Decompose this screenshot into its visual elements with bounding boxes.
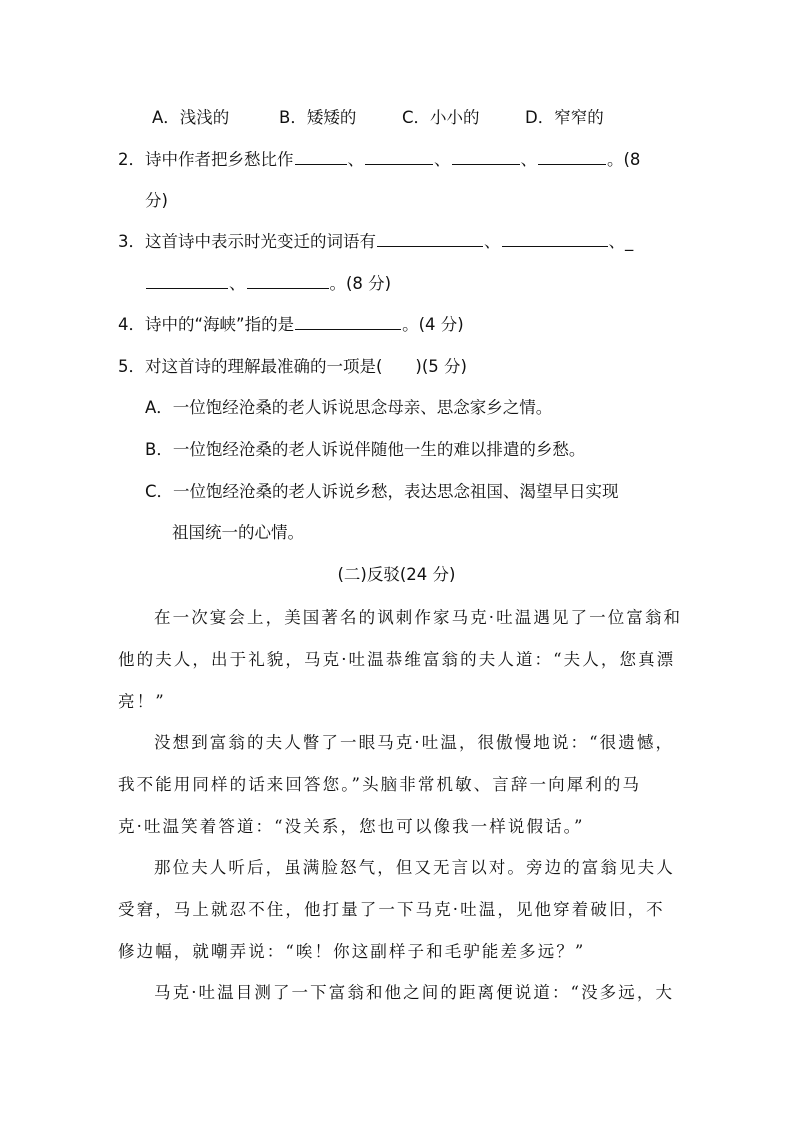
q5-option-c-continuation: 祖国统一的心情。 [172, 521, 304, 545]
passage-line: 我不能用同样的话来回答您。”头脑非常机敏、言辞一向犀利的马 [118, 773, 641, 797]
separator: 、 [521, 150, 538, 169]
question-number: 3． [118, 232, 145, 251]
passage-line: 没想到富翁的夫人瞥了一眼马克·吐温，很傲慢地说：“很遗憾， [154, 731, 674, 755]
passage-line: 克·吐温笑着答道：“没关系，您也可以像我一样说假话。” [118, 815, 585, 839]
question-number: 4． [118, 315, 145, 334]
passage-line: 马克·吐温目测了一下富翁和他之间的距离便说道：“没多远，大 [154, 981, 674, 1005]
option-b: B．矮矮的 [279, 106, 402, 130]
option-d: D．窄窄的 [525, 106, 604, 130]
answer-blank[interactable] [377, 230, 483, 247]
option-c: C．小小的 [402, 106, 525, 130]
separator: 、_ [609, 232, 634, 251]
q1-options: A．浅浅的B．矮矮的C．小小的D．窄窄的 [152, 106, 604, 130]
q5-option-b: B．一位饱经沧桑的老人诉说伴随他一生的难以排遣的乡愁。 [145, 438, 585, 462]
answer-blank[interactable] [365, 148, 433, 165]
question-text: 对这首诗的理解最准确的一项是( )(5 分) [145, 357, 467, 376]
score-label: 。(8 [607, 150, 640, 169]
passage-line: 修边幅，就嘲弄说：“唉！你这副样子和毛驴能差多远？” [118, 940, 585, 964]
question-2: 2．诗中作者把乡愁比作、、、。(8 [118, 148, 640, 172]
passage-line: 受窘，马上就忍不住，他打量了一下马克·吐温，见他穿着破旧，不 [118, 898, 665, 922]
answer-blank[interactable] [146, 272, 228, 289]
q5-option-a: A．一位饱经沧桑的老人诉说思念母亲、思念家乡之情。 [145, 396, 552, 420]
passage-line: 亮！” [118, 690, 166, 714]
separator: 、 [434, 150, 451, 169]
question-text: 诗中的“海峡”指的是 [145, 315, 294, 334]
question-text: 这首诗中表示时光变迁的词语有 [145, 232, 376, 251]
separator: 、 [348, 150, 365, 169]
passage-line: 他的夫人，出于礼貌，马克·吐温恭维富翁的夫人道：“夫人，您真漂 [118, 648, 675, 672]
option-a: A．浅浅的 [152, 106, 279, 130]
answer-blank[interactable] [247, 272, 329, 289]
answer-blank[interactable] [502, 230, 608, 247]
question-3-continuation: 、。(8 分) [145, 272, 391, 296]
passage-line: 那位夫人听后，虽满脸怒气，但又无言以对。旁边的富翁见夫人 [154, 856, 675, 880]
score-label: 。(8 分) [330, 274, 392, 293]
question-5: 5．对这首诗的理解最准确的一项是( )(5 分) [118, 355, 467, 379]
section-title: (二)反驳(24 分) [0, 563, 793, 587]
answer-blank[interactable] [452, 148, 520, 165]
answer-blank[interactable] [295, 148, 347, 165]
score-label: 。(4 分) [402, 315, 464, 334]
question-4: 4．诗中的“海峡”指的是。(4 分) [118, 313, 464, 337]
question-text: 诗中作者把乡愁比作 [145, 150, 294, 169]
separator: 、 [484, 232, 501, 251]
document-page: A．浅浅的B．矮矮的C．小小的D．窄窄的 2．诗中作者把乡愁比作、、、。(8 分… [0, 0, 793, 1122]
question-2-continuation: 分) [145, 189, 168, 213]
question-number: 2． [118, 150, 145, 169]
question-number: 5． [118, 357, 145, 376]
separator: 、 [229, 274, 246, 293]
answer-blank[interactable] [295, 313, 401, 330]
question-3: 3．这首诗中表示时光变迁的词语有、、_ [118, 230, 633, 254]
passage-line: 在一次宴会上，美国著名的讽刺作家马克·吐温遇见了一位富翁和 [154, 606, 682, 630]
q5-option-c: C．一位饱经沧桑的老人诉说乡愁，表达思念祖国、渴望早日实现 [145, 480, 619, 504]
answer-blank[interactable] [538, 148, 606, 165]
